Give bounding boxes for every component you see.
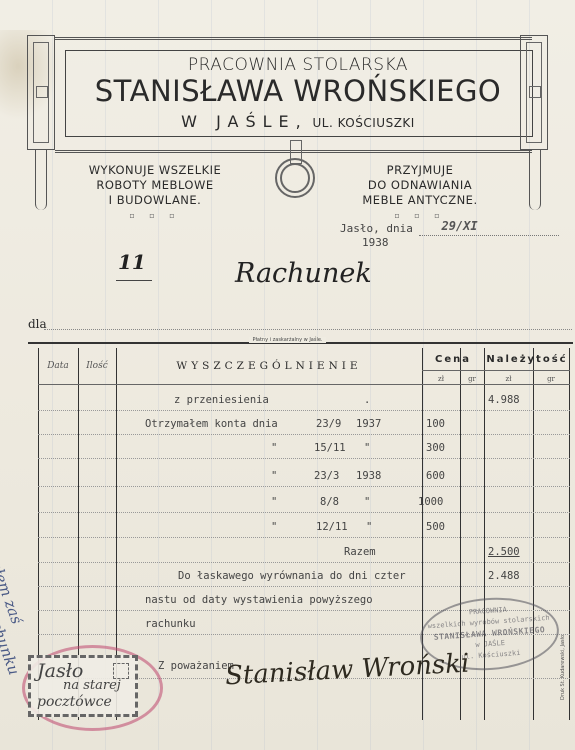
watermark-badge: Jasło na starej pocztówce	[28, 655, 138, 717]
workshop-address: W JAŚLE, UL. KOŚCIUSZKI	[65, 112, 531, 131]
page-title: Rachunek	[235, 258, 372, 289]
header-description: WYSZCZEGÓLNIENIE	[116, 360, 422, 372]
header-naleznosc-gr: gr	[533, 375, 569, 383]
date-row: Jasło, dnia 29/XI 1938	[340, 222, 575, 249]
header-naleznosc: Należytość	[484, 354, 570, 365]
postage-stamp-icon	[113, 663, 129, 679]
total-row: Razem 2.500	[38, 538, 570, 563]
header-cena-zl: zł	[422, 375, 460, 383]
services-left: WYKONUJE WSZELKIE ROBOTY MEBLOWE I BUDOW…	[80, 163, 230, 223]
header-subdivider	[422, 370, 570, 371]
date-label: Jasło, dnia	[340, 222, 413, 235]
printer-imprint: Druk St. Kudarewski, Jasło	[560, 635, 566, 700]
workshop-type: PRACOWNIA STOLARSKA	[65, 55, 531, 75]
payment-note: Płatny i zaskarżalny w Jaśle.	[0, 337, 575, 343]
header-data: Data	[38, 361, 78, 371]
street: UL. KOŚCIUSZKI	[313, 116, 415, 130]
date-value: 29/XI	[441, 219, 477, 233]
left-leg-ornament-icon	[35, 150, 47, 210]
table-row: " 8/8 " 1000	[38, 488, 570, 513]
workshop-owner: STANISŁAWA WROŃSKIEGO	[65, 74, 531, 108]
left-pillar-ornament-icon	[27, 35, 55, 150]
header-ilosc: Ilość	[78, 361, 116, 371]
table-row: z przeniesienia . 4.988	[38, 386, 570, 411]
city: W JAŚLE,	[181, 112, 308, 131]
header-naleznosc-zl: zł	[484, 375, 533, 383]
header-bottom-line	[38, 384, 570, 385]
wreath-ornament-icon	[275, 158, 315, 198]
table-row: " 12/11 " 500	[38, 513, 570, 538]
table-row: " 23/3 1938 600	[38, 462, 570, 487]
date-year: 1938	[362, 236, 389, 249]
invoice-number: 11	[118, 250, 146, 274]
balance-row: Do łaskawego wyrównania do dni czter 2.4…	[38, 562, 570, 587]
header-cena: Cena	[422, 354, 484, 365]
recipient-line	[44, 329, 572, 330]
table-row: " 15/11 " 300	[38, 434, 570, 459]
header-cena-gr: gr	[460, 375, 484, 383]
services-right: PRZYJMUJE DO ODNAWIANIA MEBLE ANTYCZNE. …	[345, 163, 495, 223]
invoice-document: PRACOWNIA STOLARSKA STANISŁAWA WROŃSKIEG…	[0, 0, 575, 750]
right-leg-ornament-icon	[529, 150, 541, 210]
table-row: Otrzymałem konta dnia 23/9 1937 100	[38, 410, 570, 435]
date-field: 29/XI	[419, 222, 559, 236]
